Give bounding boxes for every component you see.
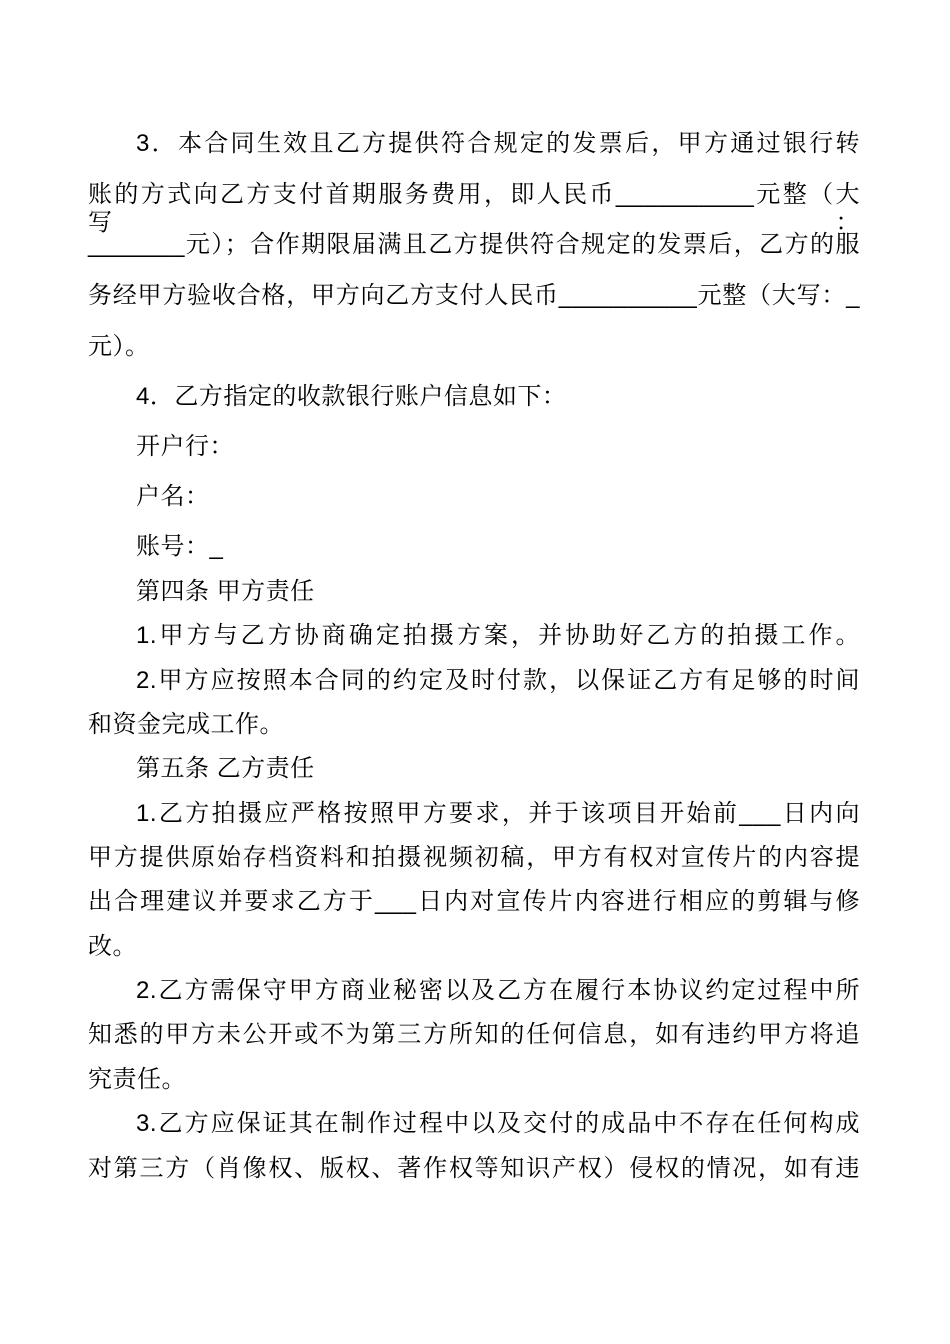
doc-line: 开户行： <box>136 433 860 461</box>
doc-line: 务经甲方验收合格，甲方向乙方支付人民币__________元整（大写：_ <box>88 282 860 310</box>
doc-line: 4．乙方指定的收款银行账户信息如下： <box>136 383 860 411</box>
doc-line: 3.乙方应保证其在制作过程中以及交付的成品中不存在任何构成 <box>136 1110 860 1138</box>
doc-line: 甲方提供原始存档资料和拍摄视频初稿，甲方有权对宣传片的内容提 <box>88 844 860 872</box>
doc-line: 2.乙方需保守甲方商业秘密以及乙方在履行本协议约定过程中所 <box>136 977 860 1005</box>
doc-line: 3．本合同生效且乙方提供符合规定的发票后，甲方通过银行转 <box>136 130 860 158</box>
doc-line: 对第三方（肖像权、版权、著作权等知识产权）侵权的情况，如有违 <box>88 1155 860 1183</box>
doc-line: 元）。 <box>88 333 860 361</box>
doc-line section-heading: 第五条 乙方责任 <box>136 755 860 783</box>
doc-line section-heading: 第四条 甲方责任 <box>136 578 860 606</box>
doc-line: 1.甲方与乙方协商确定拍摄方案，并协助好乙方的拍摄工作。 <box>136 622 860 650</box>
doc-line: 出合理建议并要求乙方于___日内对宣传片内容进行相应的剪辑与修 <box>88 888 860 916</box>
doc-line: 账号：_ <box>136 533 860 561</box>
doc-line: 改。 <box>88 933 860 961</box>
doc-line: 知悉的甲方未公开或不为第三方所知的任何信息，如有违约甲方将追 <box>88 1021 860 1049</box>
doc-line: 2.甲方应按照本合同的约定及时付款，以保证乙方有足够的时间 <box>136 667 860 695</box>
doc-line: 究责任。 <box>88 1066 860 1094</box>
doc-line: 户名： <box>136 483 860 511</box>
document-page: 3．本合同生效且乙方提供符合规定的发票后，甲方通过银行转 账的方式向乙方支付首期… <box>0 0 950 1344</box>
doc-line: 和资金完成工作。 <box>88 711 860 739</box>
doc-line: 账的方式向乙方支付首期服务费用，即人民币__________元整（大写： <box>88 181 860 237</box>
doc-line: 1.乙方拍摄应严格按照甲方要求，并于该项目开始前___日内向 <box>136 800 860 828</box>
doc-line: _______元）；合作期限届满且乙方提供符合规定的发票后，乙方的服 <box>88 231 860 259</box>
